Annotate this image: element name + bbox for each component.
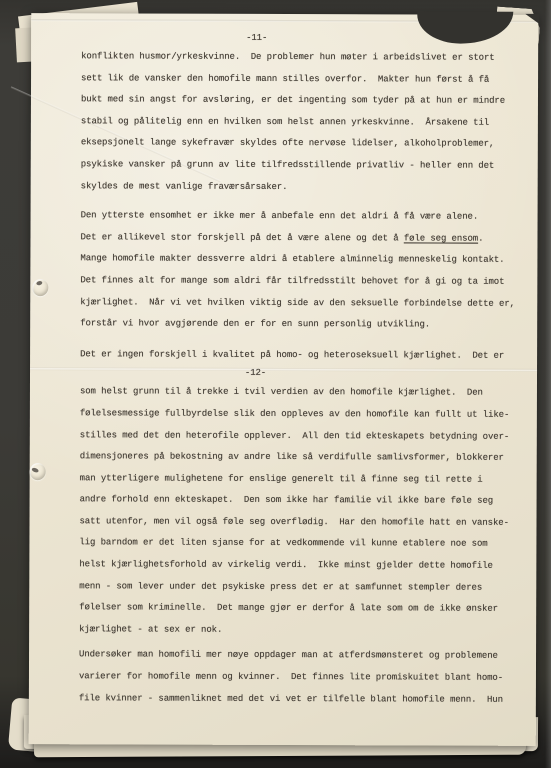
text-line: konflikten husmor/yrkeskvinne. De proble… — [81, 46, 520, 69]
text-line: lig barndom er det liten sjanse for at v… — [79, 533, 518, 556]
text-line: file kvinner - sammenliknet med det vi v… — [79, 688, 518, 711]
text-line: kjærlighet. Når vi vet hvilken viktig si… — [80, 292, 519, 315]
text-line: man ytterligere mulighetene for enslige … — [80, 468, 519, 491]
text-line: Den ytterste ensomhet er ikke mer å anbe… — [81, 205, 520, 228]
text-segment: Det er allikevel stor forskjell på det å… — [80, 232, 403, 243]
text-line: Det er allikevel stor forskjell på det å… — [80, 227, 519, 250]
text-line: dimensjoneres på bekostning av andre lik… — [80, 446, 519, 469]
document-page: -11- konflikten husmor/yrkeskvinne. De p… — [29, 13, 539, 746]
text-line: Mange homofile makter dessverre aldri å … — [80, 249, 519, 272]
scan-background: -11- konflikten husmor/yrkeskvinne. De p… — [0, 0, 551, 768]
text-line: kjærlighet - at sex er nok. — [79, 619, 518, 642]
text-line: menn - som lever under det psykiske pres… — [79, 576, 518, 599]
paragraph: som helst grunn til å trekke i tvil verd… — [79, 382, 519, 643]
text-line: andre forhold enn ekteskapet. Den som ik… — [80, 490, 519, 513]
page-number: -12- — [36, 363, 475, 383]
text-line: psykiske vansker på grunn av lite tilfre… — [81, 154, 520, 177]
text-line: varierer for homofile menn og kvinner. D… — [79, 666, 518, 689]
text-line: stilles med det den heterofile opplever.… — [80, 425, 519, 448]
text-line: helst kjærlighetsforhold av virkelig ver… — [79, 554, 518, 577]
page-number: -11- — [37, 28, 476, 48]
text-line: Undersøker man homofili mer nøye oppdage… — [79, 645, 518, 668]
paragraph: konflikten husmor/yrkeskvinne. De proble… — [81, 46, 521, 199]
text-line: skyldes de mest vanlige fraværsårsaker. — [81, 176, 520, 199]
underlined-phrase: føle seg ensom — [404, 233, 478, 243]
text-segment: . — [478, 233, 483, 243]
text-line: som helst grunn til å trekke i tvil verd… — [80, 382, 519, 405]
typewritten-text: -11- konflikten husmor/yrkeskvinne. De p… — [29, 13, 539, 746]
text-line: følelsesmessige fullbyrdelse slik den op… — [80, 403, 519, 426]
text-line: satt utenfor, men vil også føle seg over… — [79, 511, 518, 534]
scanner-edge-highlight — [545, 0, 551, 768]
text-line: følelser som kriminelle. Det mange gjør … — [79, 598, 518, 621]
paragraph: Den ytterste ensomhet er ikke mer å anbe… — [80, 205, 519, 336]
text-line: stabil og pålitelig enn en hvilken som h… — [81, 111, 520, 134]
text-line: Det finnes alt for mange som aldri får t… — [80, 270, 519, 293]
text-line: eksepsjonelt lange sykefravær skyldes of… — [81, 133, 520, 156]
paragraph: Undersøker man homofili mer nøye oppdage… — [79, 645, 518, 711]
text-line: forstår vi hvor avgjørende den er for en… — [80, 313, 519, 336]
text-line: sett lik de vansker den homofile mann st… — [81, 68, 520, 91]
text-line: bukt med sin angst for avsløring, er det… — [81, 89, 520, 112]
